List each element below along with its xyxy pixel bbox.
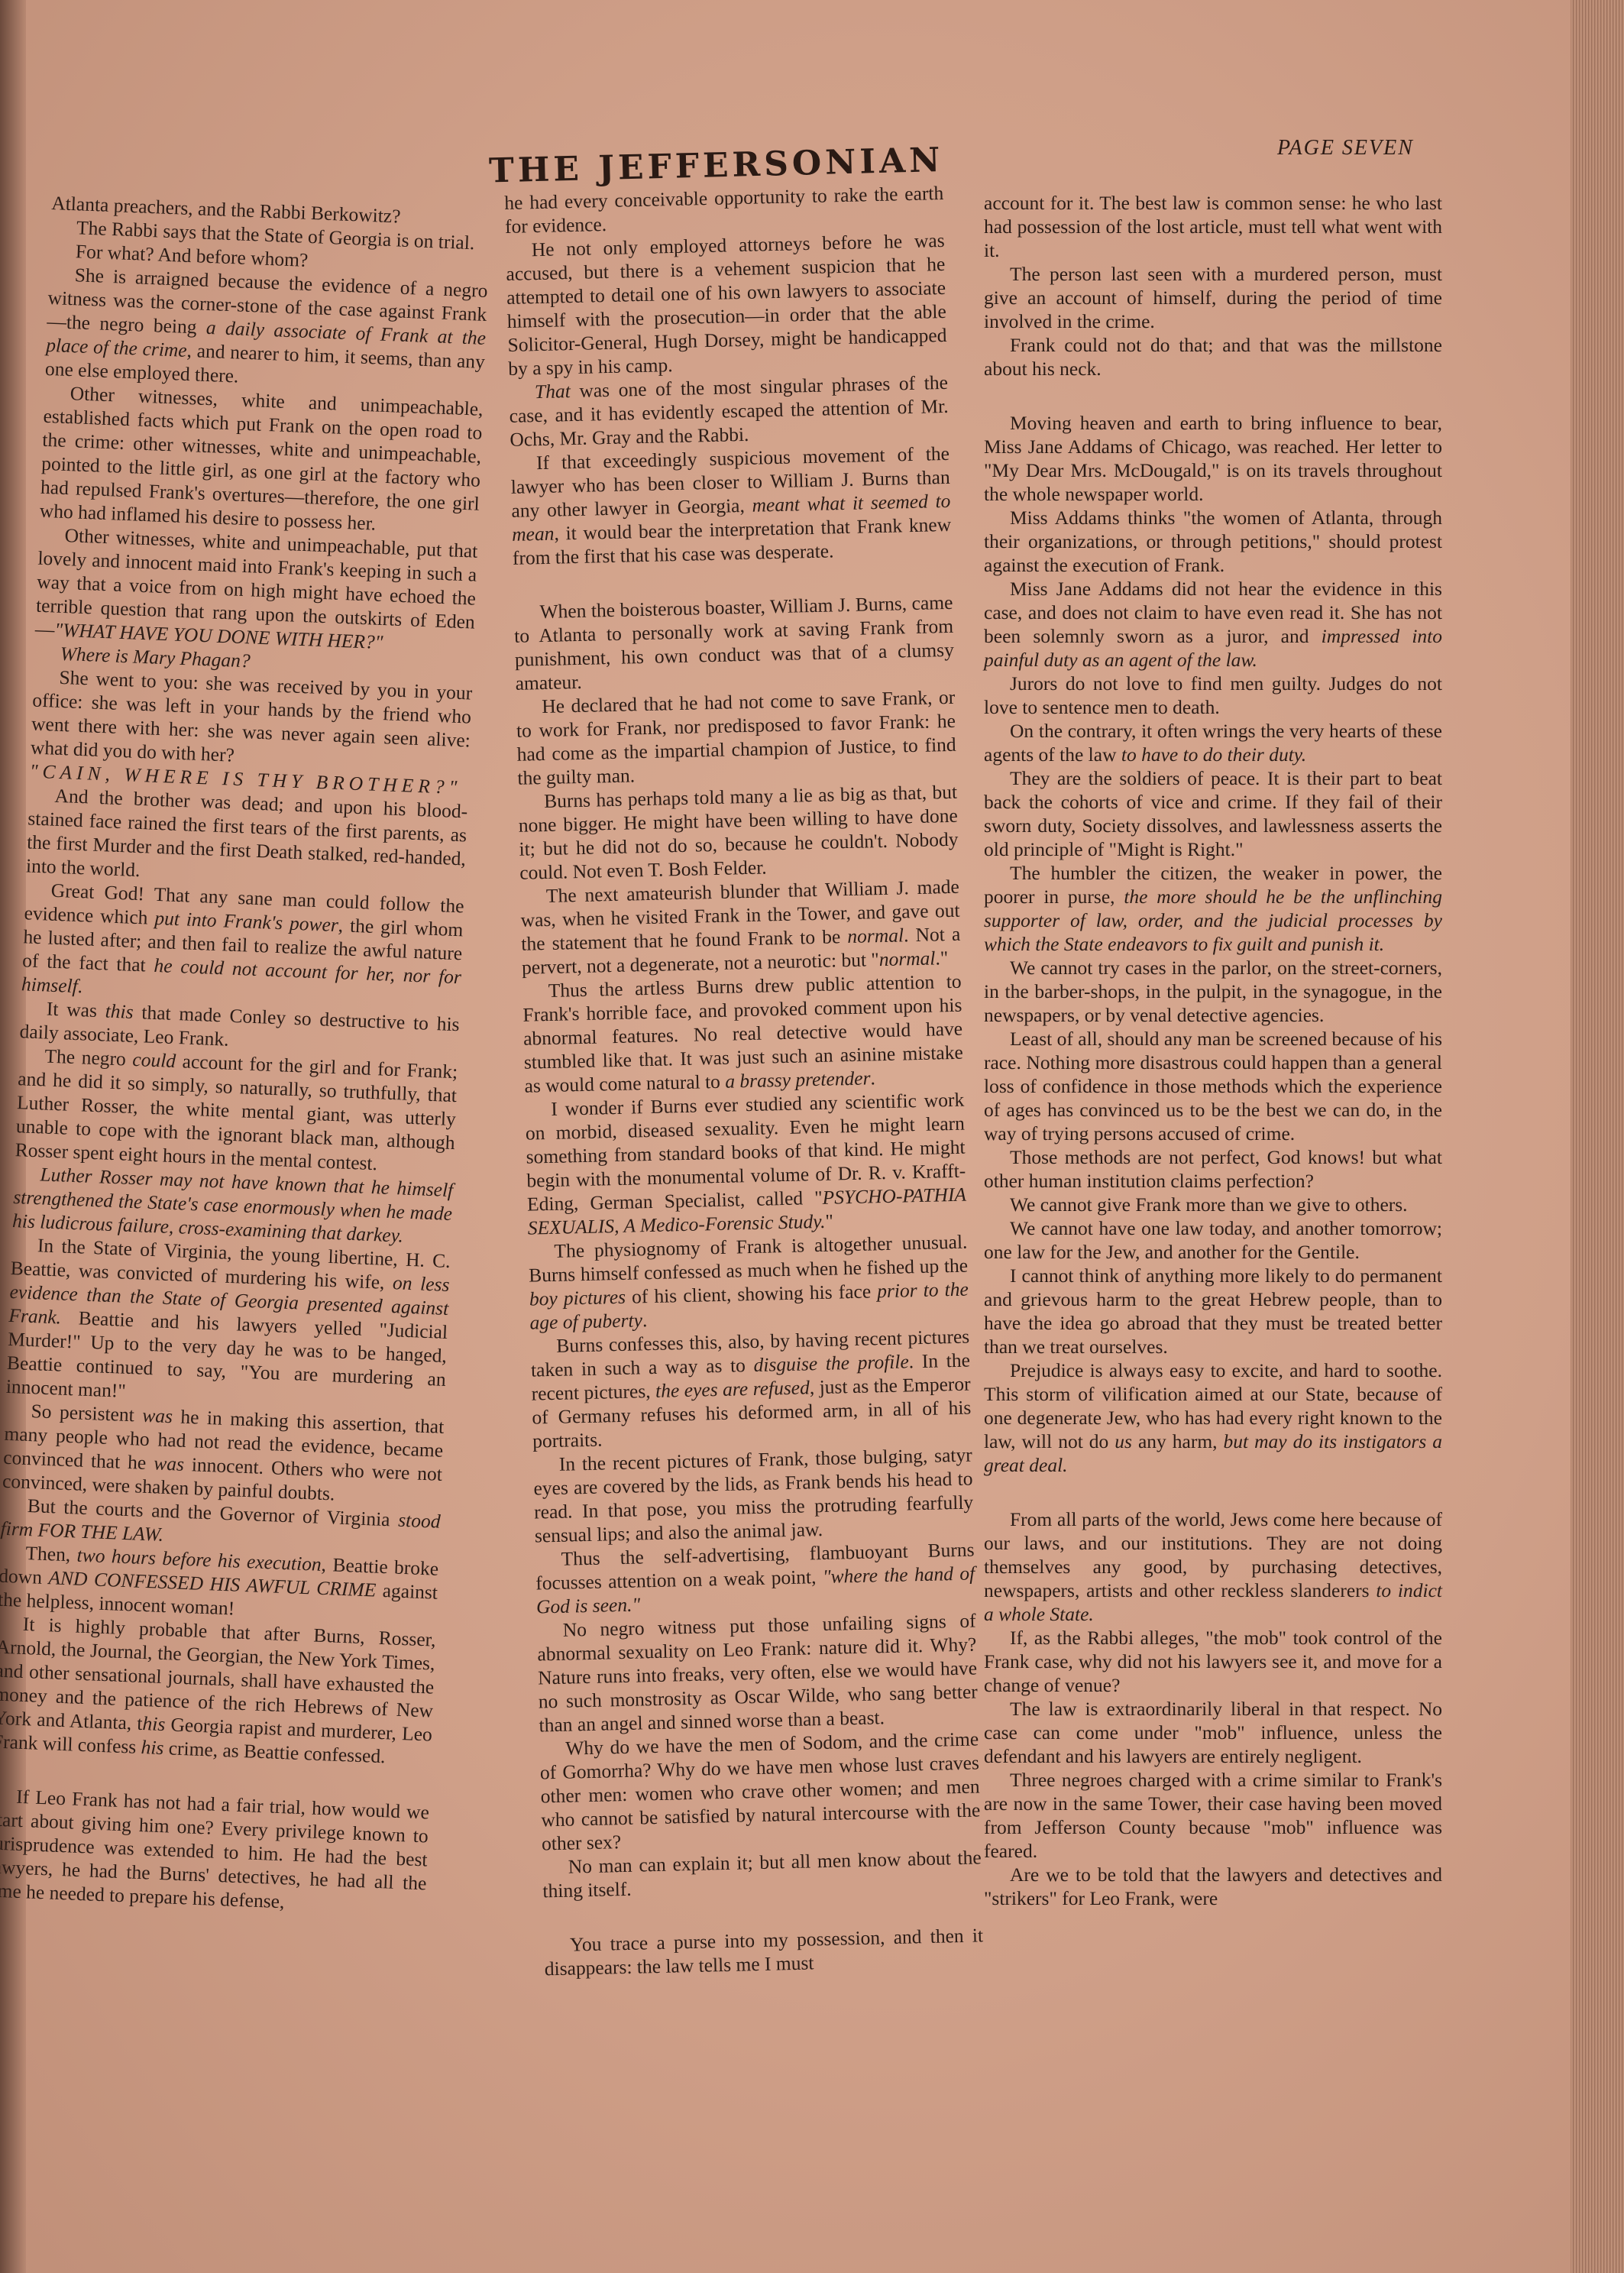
paragraph: Those methods are not perfect, God knows… xyxy=(984,1145,1442,1193)
paragraph: Are we to be told that the lawyers and d… xyxy=(984,1863,1442,1910)
paragraph: She is arraigned because the evidence of… xyxy=(44,262,488,397)
emphasis: meant what it seemed to mean xyxy=(512,490,951,546)
emphasis: on less evidence than the State of Georg… xyxy=(8,1271,450,1328)
emphasis: this xyxy=(105,999,134,1022)
page-number: PAGE SEVEN xyxy=(1277,136,1414,160)
emphasis: could xyxy=(132,1048,176,1072)
masthead: THE JEFFERSONIAN xyxy=(488,138,1024,190)
paragraph: Thus the artless Burns drew public atten… xyxy=(522,970,963,1098)
emphasis: to have to do their duty. xyxy=(1121,743,1306,766)
emphasis: was xyxy=(154,1452,185,1475)
emphasis: a daily associate of Frank at the place … xyxy=(46,316,487,361)
paragraph: We cannot give Frank more than we give t… xyxy=(984,1193,1442,1216)
paragraph: When the boisterous boaster, William J. … xyxy=(513,591,955,695)
column-3: account for it. The best law is common s… xyxy=(984,191,1442,1910)
column-1: Atlanta preachers, and the Rabbi Berkowi… xyxy=(0,191,491,1918)
paragraph: The negro could account for the girl and… xyxy=(15,1043,458,1178)
paragraph: Burns has perhaps told many a lie as big… xyxy=(518,780,959,885)
emphasis: stood firm FOR THE LAW. xyxy=(0,1509,441,1546)
paragraph: The physiognomy of Frank is altogether u… xyxy=(528,1230,969,1335)
emphasis: a brassy pretender xyxy=(725,1067,871,1092)
paragraph: account for it. The best law is common s… xyxy=(984,191,1442,262)
emphasis: the more should he be the unflinching su… xyxy=(984,886,1442,955)
paragraph: He not only employed attorneys before he… xyxy=(505,228,947,380)
emphasis: AND CONFESSED HIS AWFUL CRIME xyxy=(48,1566,377,1601)
paragraph: The next amateurish blunder that William… xyxy=(520,875,962,979)
paragraph: We cannot have one law today, and anothe… xyxy=(984,1216,1442,1264)
paragraph: Other witnesses, white and unimpeachable… xyxy=(39,380,484,539)
paragraph: I wonder if Burns ever studied any scien… xyxy=(525,1088,967,1240)
emphasis: Luther Rosser may not have known that he… xyxy=(12,1163,454,1246)
paragraph: She went to you: she was received by you… xyxy=(30,665,472,776)
paragraph: No man can explain it; but all men know … xyxy=(542,1845,982,1902)
paragraph: So persistent was he in making this asse… xyxy=(2,1398,445,1510)
paragraph: In the recent pictures of Frank, those b… xyxy=(532,1443,974,1548)
paragraph: Frank could not do that; and that was th… xyxy=(984,333,1442,380)
emphasis: to indict a whole State. xyxy=(984,1579,1442,1625)
paragraph: The person last seen with a murdered per… xyxy=(984,262,1442,333)
paragraph: Jurors do not love to find men guilty. J… xyxy=(984,672,1442,719)
paragraph: That was one of the most singular phrase… xyxy=(509,371,949,452)
paragraph: Moving heaven and earth to bring influen… xyxy=(984,411,1442,506)
emphasis: normal xyxy=(847,924,904,947)
paragraph: I cannot think of anything more likely t… xyxy=(984,1264,1442,1358)
paragraph: Burns confesses this, also, by having re… xyxy=(530,1325,972,1453)
paragraph: You trace a purse into my possession, an… xyxy=(544,1923,984,1980)
newspaper-page: THE JEFFERSONIAN PAGE SEVEN Atlanta prea… xyxy=(0,0,1624,2273)
emphasis: his xyxy=(142,1712,166,1735)
paragraph: Prejudice is always easy to excite, and … xyxy=(984,1358,1442,1477)
paragraph: Three negroes charged with a crime simil… xyxy=(984,1768,1442,1863)
paragraph: If, as the Rabbi alleges, "the mob" took… xyxy=(984,1626,1442,1697)
paragraph: Thus the self-advertising, flambuoyant B… xyxy=(535,1537,975,1618)
emphasis: he could not account for her, nor for hi… xyxy=(21,954,462,997)
emphasis: impressed into painful duty as an agent … xyxy=(984,625,1442,671)
paragraph: In the State of Virginia, the young libe… xyxy=(5,1232,451,1415)
paragraph: Least of all, should any man be screened… xyxy=(984,1027,1442,1145)
paragraph: Why do we have the men of Sodom, and the… xyxy=(539,1727,981,1855)
paragraph: It is highly probable that after Burns, … xyxy=(0,1611,436,1770)
paragraph: And the brother was dead; and upon his b… xyxy=(25,782,467,894)
paragraph: We cannot try cases in the parlor, on th… xyxy=(984,956,1442,1027)
emphasis: disguise the profile xyxy=(753,1350,909,1376)
paragraph: The law is extraordinarily liberal in th… xyxy=(984,1697,1442,1768)
paragraph: No negro witness put those unfailing sig… xyxy=(536,1608,978,1737)
column-2: he had every conceivable opportunity to … xyxy=(504,181,984,1980)
paragraph: If that exceedingly suspicious movement … xyxy=(510,442,952,570)
emphasis: us xyxy=(1393,1383,1410,1405)
emphasis: his xyxy=(141,1736,164,1759)
page-edges xyxy=(1571,0,1624,2273)
paragraph: He declared that he had not come to save… xyxy=(516,685,957,790)
emphasis: us xyxy=(1114,1430,1132,1452)
paragraph: They are the soldiers of peace. It is th… xyxy=(984,766,1442,861)
paragraph: Miss Jane Addams did not hear the eviden… xyxy=(984,577,1442,672)
paragraph: Miss Addams thinks "the women of Atlanta… xyxy=(984,506,1442,577)
emphasis: the eyes are refused xyxy=(655,1376,810,1402)
emphasis: was xyxy=(142,1404,173,1428)
emphasis: normal xyxy=(878,947,935,970)
emphasis: That xyxy=(535,380,571,403)
emphasis: boy pictures xyxy=(529,1286,626,1310)
paragraph: The humbler the citizen, the weaker in p… xyxy=(984,861,1442,956)
paragraph: Other witnesses, white and unimpeachable… xyxy=(34,523,478,658)
emphasis: put into Frank's power xyxy=(154,907,339,936)
paragraph: Great God! That any sane man could follo… xyxy=(21,877,465,1012)
paragraph: From all parts of the world, Jews come h… xyxy=(984,1507,1442,1626)
emphasis: but may do its instigators a great deal. xyxy=(984,1430,1442,1476)
paragraph: If Leo Frank has not had a fair trial, h… xyxy=(0,1783,429,1918)
paragraph: On the contrary, it often wrings the ver… xyxy=(984,719,1442,766)
